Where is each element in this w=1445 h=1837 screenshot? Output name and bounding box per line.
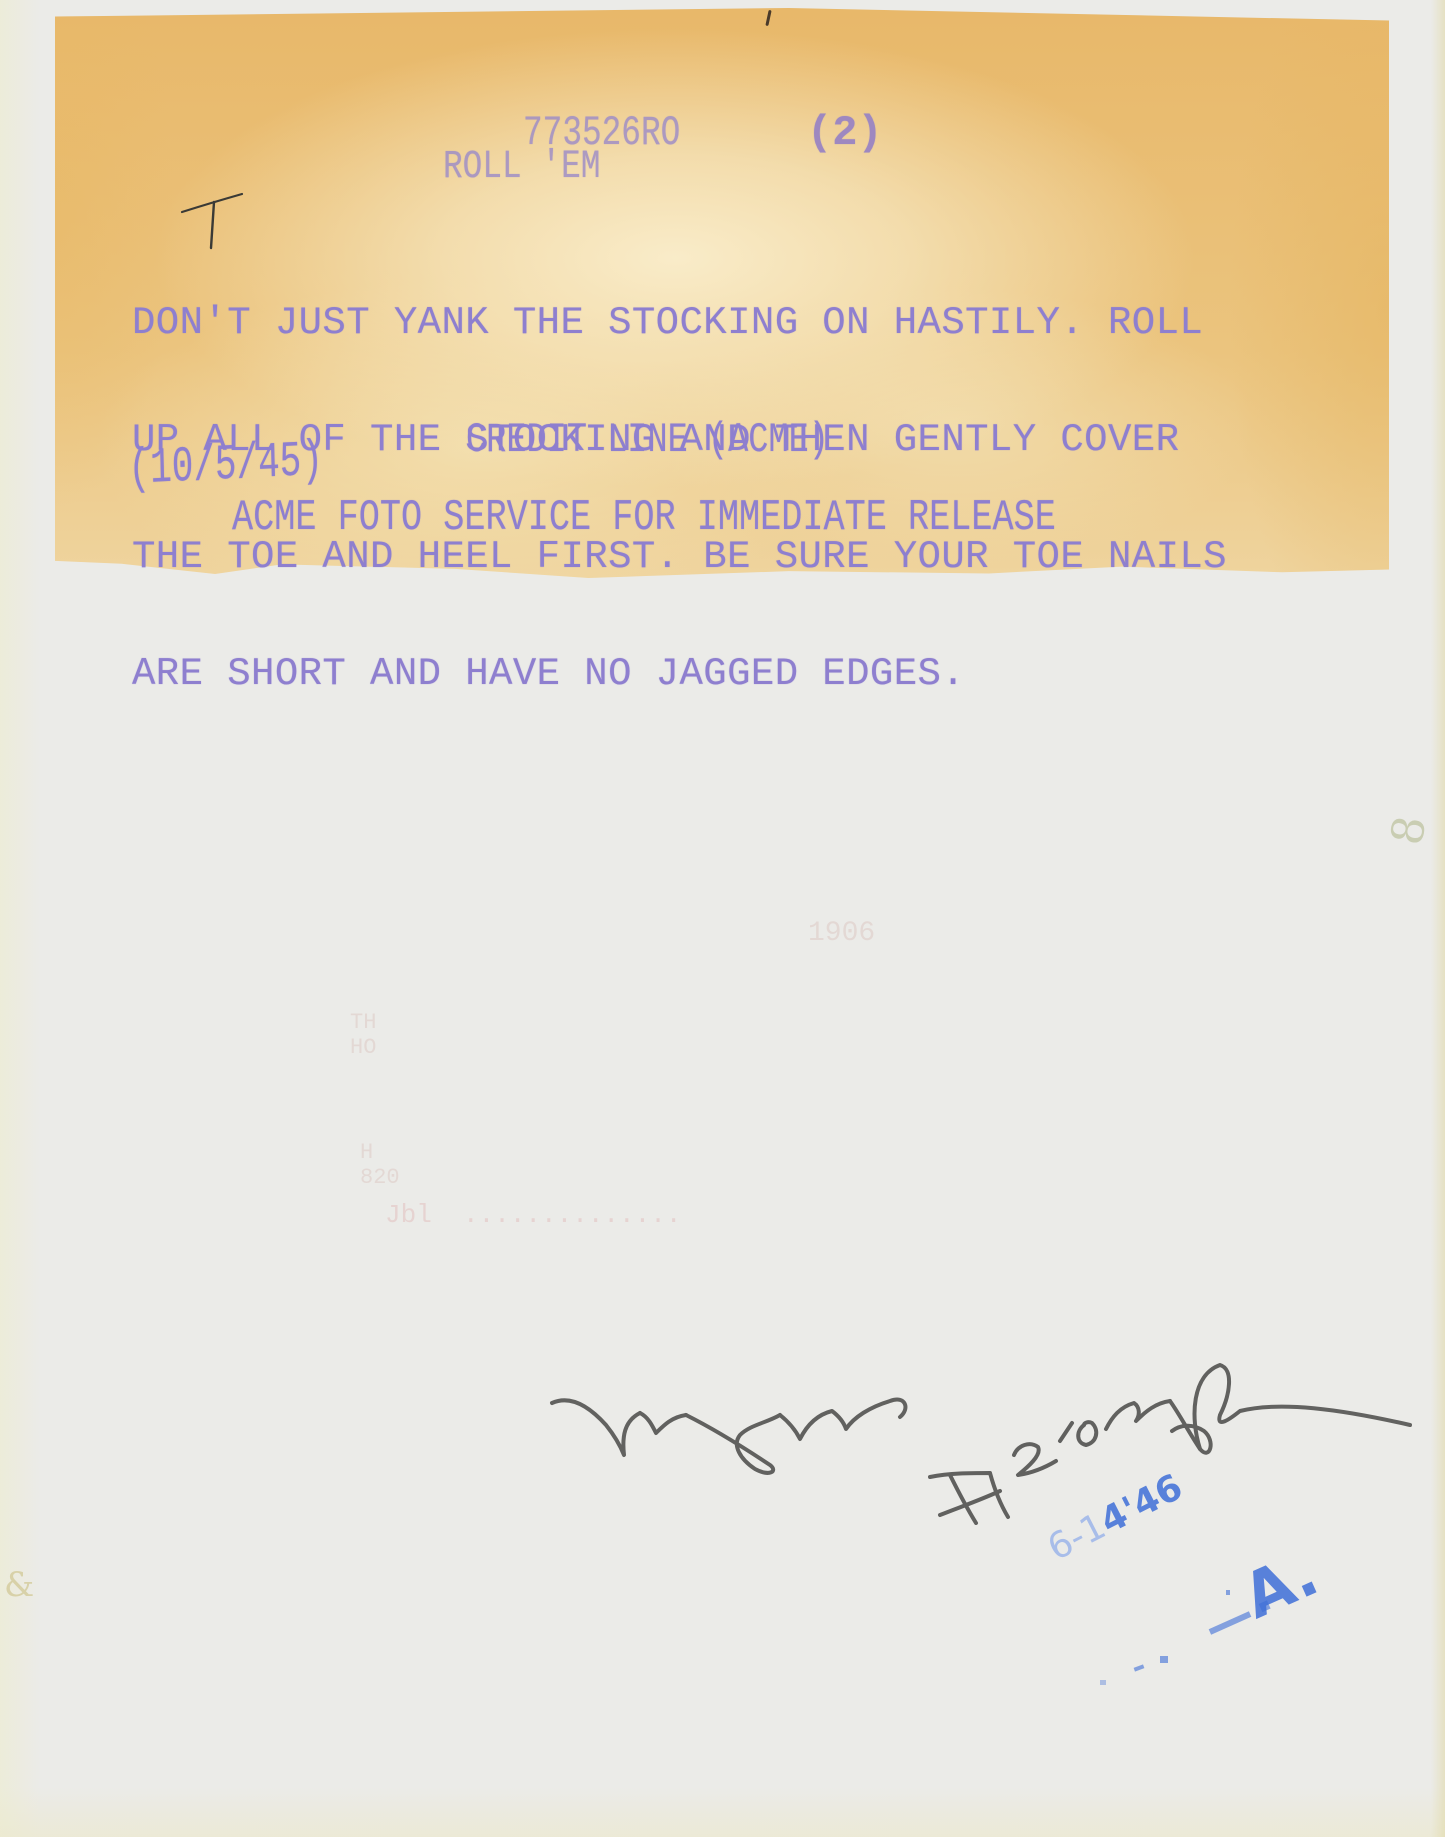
caption-date: (10/5/45)	[128, 437, 324, 496]
ghost-text: H 820	[360, 1140, 400, 1190]
stamp-dashes	[1090, 1580, 1310, 1690]
ghost-text: TH HO	[350, 1010, 376, 1060]
ghost-text: 1906	[808, 918, 875, 949]
copy-number: (2)	[807, 112, 883, 154]
caption-line: DON'T JUST YANK THE STOCKING ON HASTILY.…	[132, 304, 1227, 343]
left-margin-pencil-mark: &	[4, 1565, 34, 1605]
caption-line: THE TOE AND HEEL FIRST. BE SURE YOUR TOE…	[132, 538, 1227, 577]
headline: ROLL 'EM	[443, 148, 600, 188]
credit-line: CREDIT LINE (ACME)	[466, 419, 829, 461]
pencil-correction-mark	[176, 190, 246, 250]
release-line: ACME FOTO SERVICE FOR IMMEDIATE RELEASE	[232, 496, 1056, 540]
ghost-text: Jbl ..............	[385, 1200, 681, 1230]
caption-line: ARE SHORT AND HAVE NO JAGGED EDGES.	[132, 655, 1227, 694]
handwritten-signature: Nylons A 210 Nyl	[540, 1345, 1420, 1525]
